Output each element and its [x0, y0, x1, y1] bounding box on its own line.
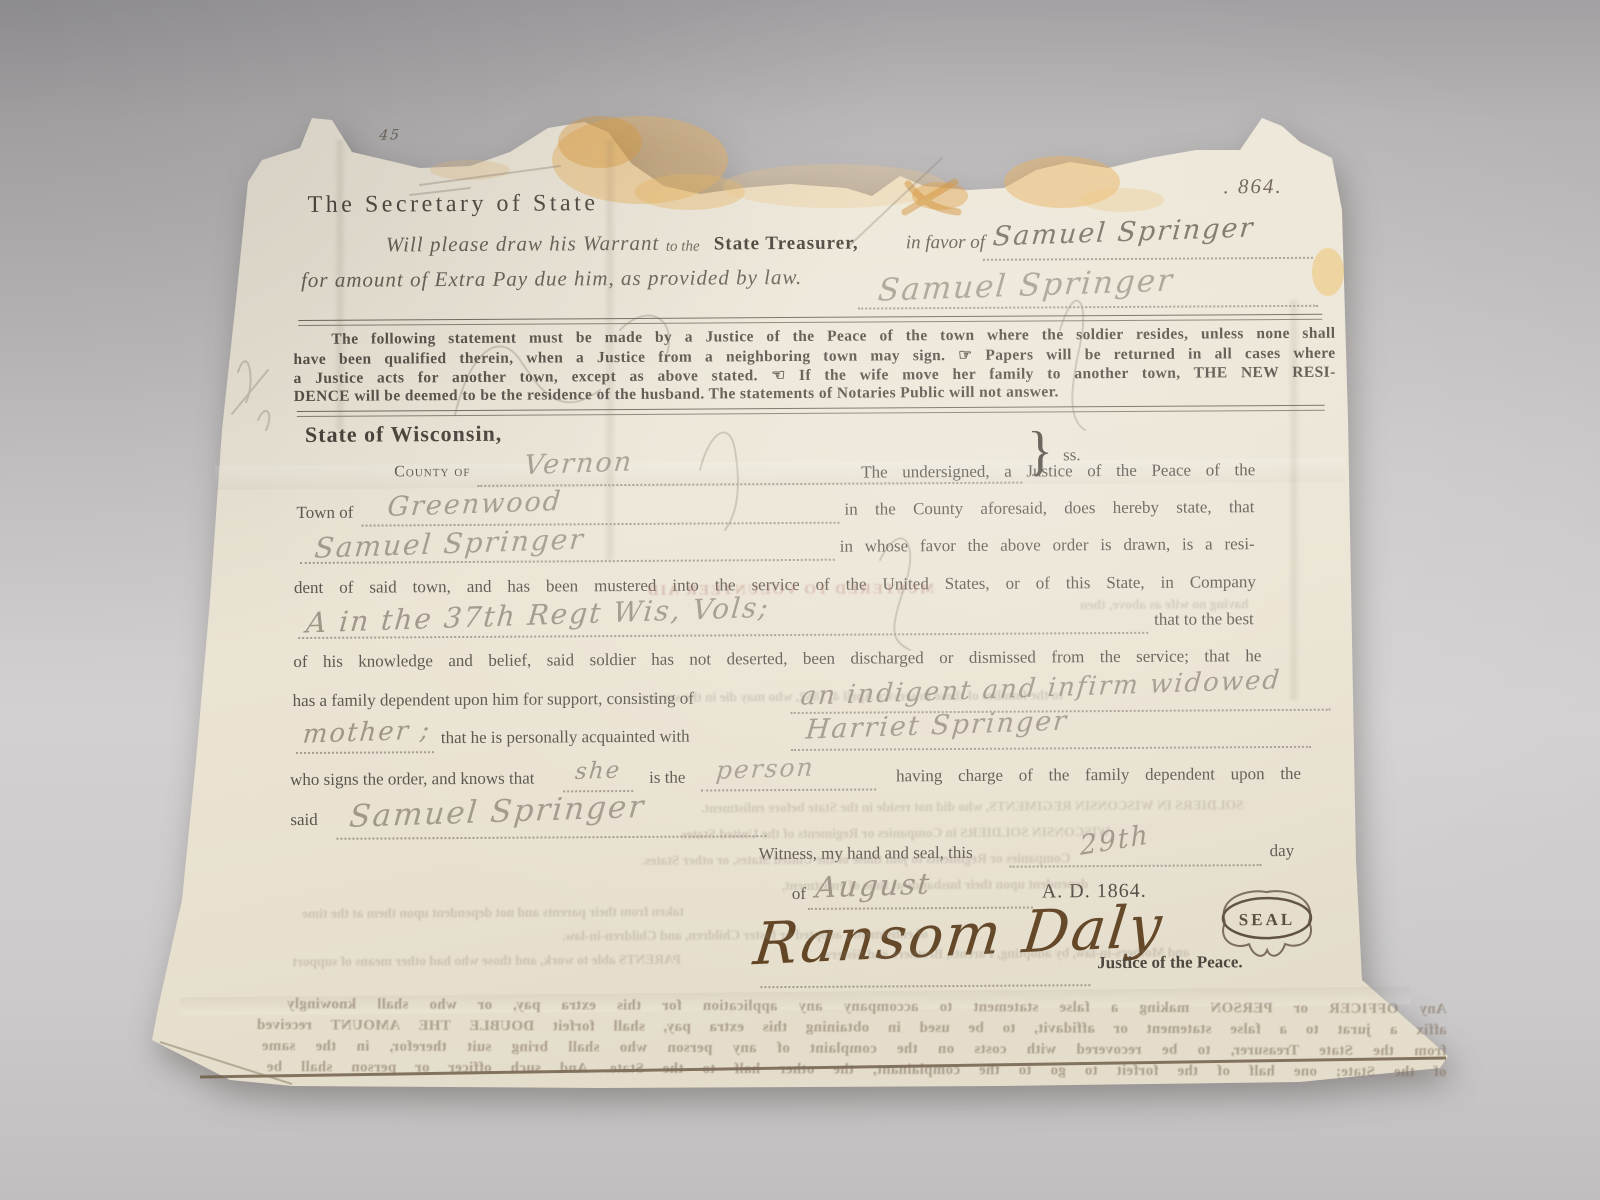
- document-text-layer: 45 . 864. The Secretary of State Will pl…: [0, 0, 1600, 1200]
- dotted-rule: [760, 983, 1090, 988]
- divider-rule: [297, 405, 1325, 417]
- in-favor-of-text: in favor of: [906, 232, 985, 254]
- bleedthrough-fragment: MUSTERED TO VOLUNTEER AID: [520, 580, 1060, 600]
- bleedthrough-fragment: Companies or Regiments to join those of …: [642, 850, 1071, 869]
- payee-handwritten: Samuel Springer: [991, 212, 1255, 252]
- family-line: has a family dependent upon him for supp…: [293, 689, 694, 711]
- acquainted-line: that he is personally acquainted with: [441, 727, 690, 749]
- bleedthrough-fragment: having no wife as above, then: [1080, 596, 1249, 613]
- heading-secretary-of-state: The Secretary of State: [308, 190, 599, 219]
- dotted-rule: [791, 745, 1311, 751]
- state-of-wisconsin: State of Wisconsin,: [305, 421, 502, 448]
- bleedthrough-fragment: and Mothers-in-law, by adopting, Parents…: [822, 945, 1190, 963]
- signs-mid-line: is the: [649, 768, 685, 788]
- seal-text: SEAL: [1239, 910, 1296, 929]
- town-handwritten: Greenwood: [386, 486, 563, 523]
- divider-rule: [298, 314, 1322, 326]
- bleedthrough-fragment: WISCONSIN SOLDIERS in Companies or Regim…: [681, 824, 1110, 843]
- signs-pre-line: who signs the order, and knows that: [290, 769, 534, 790]
- bleedthrough-fragment: taken from their parents and not depende…: [302, 904, 684, 922]
- dotted-rule: [362, 521, 840, 527]
- aforesaid-line: in the County aforesaid, does hereby sta…: [844, 497, 1254, 520]
- undersigned-line: The undersigned, a Justice of the Peace …: [861, 460, 1255, 482]
- role-handwritten: person: [715, 752, 816, 784]
- warrant-script-text: Will please draw his Warrant: [386, 231, 660, 258]
- bleedthrough-line: from the State Treasurer, to be recovere…: [262, 1038, 1447, 1060]
- bleedthrough-bottom-block: Any OFFICER or PERSON making a false sta…: [255, 996, 1447, 1069]
- photo-of-document: 45 . 864. The Secretary of State Will pl…: [0, 0, 1600, 1200]
- bleedthrough-line: Any OFFICER or PERSON making a false sta…: [287, 996, 1447, 1018]
- bleedthrough-fragment: of enlistment ; adopted or foster Childr…: [562, 926, 928, 944]
- dotted-rule: [983, 256, 1313, 261]
- county-handwritten: Vernon: [523, 446, 635, 481]
- bleedthrough-line: of the State; one half of the forfeit to…: [266, 1059, 1446, 1081]
- bleedthrough-line: affix a jurat to a false statement or af…: [257, 1017, 1447, 1039]
- pronoun-handwritten: she: [574, 757, 623, 785]
- corner-date: . 864.: [1223, 174, 1282, 199]
- bleedthrough-fragment: PARENTS able to work, and those who had …: [292, 952, 681, 970]
- bleedthrough-fragment: SOLDIERS IN WISCONSIN REGIMENTS, who did…: [701, 797, 1243, 816]
- county-label: County of: [394, 463, 470, 481]
- bleedthrough-fragment: to the families of those in service Apri…: [641, 687, 1064, 706]
- knowledge-line: of his knowledge and belief, said soldie…: [293, 646, 1261, 672]
- said-label: said: [290, 810, 318, 830]
- dotted-rule: [701, 787, 876, 791]
- signs-post-line: having charge of the family dependent up…: [896, 764, 1301, 786]
- resident-handwritten: Samuel Springer: [313, 522, 586, 564]
- resident-line: in whose favor the above order is drawn,…: [840, 534, 1255, 557]
- top-margin-mark: 45: [378, 127, 401, 144]
- dependents2-handwritten: mother ;: [302, 715, 433, 749]
- payee-repeat-handwritten: Samuel Springer: [877, 262, 1176, 308]
- bleedthrough-fragment: dependent upon their husbands at time of…: [782, 876, 1089, 894]
- state-treasurer-text: State Treasurer,: [714, 233, 859, 256]
- said-name-handwritten: Samuel Springer: [348, 789, 647, 835]
- amount-line: for amount of Extra Pay due him, as prov…: [301, 265, 802, 293]
- town-label: Town of: [296, 503, 353, 523]
- day-label: day: [1269, 841, 1294, 861]
- warrant-small-text: to the: [666, 239, 700, 256]
- dotted-rule: [296, 750, 434, 754]
